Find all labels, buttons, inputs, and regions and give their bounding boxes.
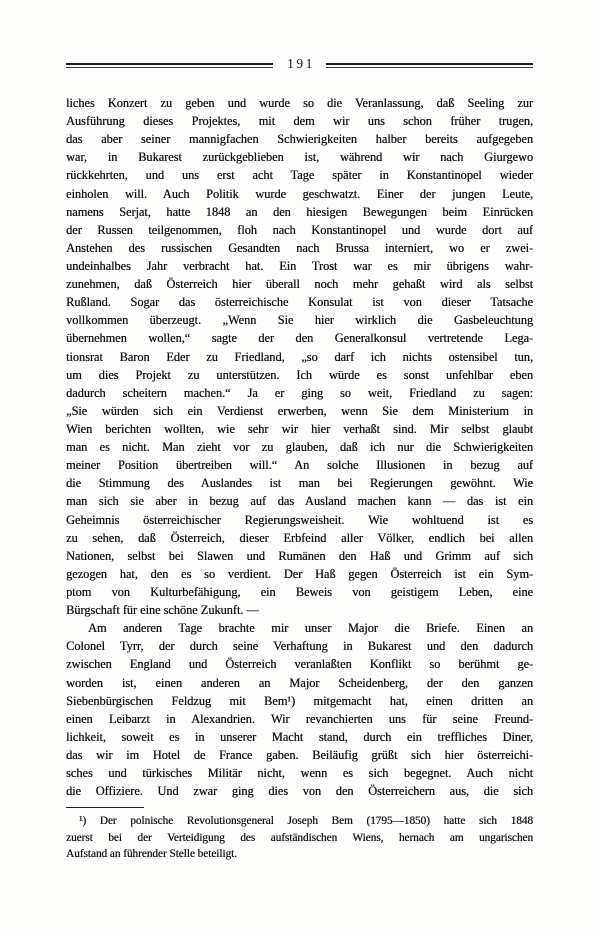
text-line: man sich sie aber in bezug auf das Ausla… [66, 492, 533, 510]
text-line: die Stimmung des Auslandes ist man bei R… [66, 474, 533, 492]
text-line: Nationen, selbst bei Slawen und Rumänen … [66, 547, 533, 565]
text-line: Geheimnis österreichischer Regierungswei… [66, 511, 533, 529]
book-page: 191 liches Konzert zu geben und wurde so… [0, 0, 600, 934]
body-text: liches Konzert zu geben und wurde so die… [66, 94, 533, 800]
text-line: um dies Projekt zu unterstützen. Ich wür… [66, 366, 533, 384]
text-line: tionsrat Baron Eder zu Friedland, „so da… [66, 348, 533, 366]
text-line: sches und türkisches Militär nicht, wenn… [66, 764, 533, 782]
text-line: Colonel Tyrr, der durch seine Verhaftung… [66, 637, 533, 655]
text-line: liches Konzert zu geben und wurde so die… [66, 94, 533, 112]
footnote-line: ¹) Der polnische Revolutionsgeneral Jose… [66, 813, 533, 829]
text-line: Anstehen des russischen Gesandten nach B… [66, 239, 533, 257]
header-rule-right [326, 63, 533, 68]
page-number: 191 [273, 59, 326, 69]
header-rule-left [66, 63, 273, 68]
footnote-line: zuerst bei der Verteidigung des aufständ… [66, 830, 533, 846]
text-line: zu sehen, daß Österreich, dieser Erbfein… [66, 529, 533, 547]
text-line: Wien berichten wollten, wie sehr wir hie… [66, 420, 533, 438]
text-line: die Offiziere. Und zwar ging dies von de… [66, 782, 533, 800]
text-line: man es nicht. Man zieht vor zu glauben, … [66, 438, 533, 456]
text-line: meiner Position übertreiben will.“ An so… [66, 456, 533, 474]
text-line: einholen will. Auch Politik wurde geschw… [66, 185, 533, 203]
text-line: ptom von Kulturbefähigung, ein Beweis vo… [66, 583, 533, 601]
text-line: zwischen England und Österreich veranlaß… [66, 655, 533, 673]
text-line: einen Leibarzt in Alexandrien. Wir revan… [66, 710, 533, 728]
text-line: Siebenbürgischen Feldzug mit Bem¹) mitge… [66, 692, 533, 710]
footnote: ¹) Der polnische Revolutionsgeneral Jose… [66, 813, 533, 862]
text-line: war, in Bukarest zurückgeblieben ist, wä… [66, 148, 533, 166]
text-line: Bürgschaft für eine schöne Zukunft. — [66, 601, 533, 619]
text-line: übernehmen wollen,“ sagte der den Genera… [66, 329, 533, 347]
text-line: das aber seiner mannigfachen Schwierigke… [66, 130, 533, 148]
footnote-separator [66, 807, 144, 808]
text-line: dadurch scheitern machen.“ Ja er ging so… [66, 384, 533, 402]
text-line: gezogen hat, den es so verdient. Der Haß… [66, 565, 533, 583]
text-line: worden ist, einen anderen an Major Schei… [66, 674, 533, 692]
text-line: vollkommen überzeugt. „Wenn Sie hier wir… [66, 311, 533, 329]
text-line: undeinhalbes Jahr verbracht hat. Ein Tro… [66, 257, 533, 275]
footnote-line: Aufstand an führender Stelle beteiligt. [66, 846, 533, 862]
text-line: der Russen teilgenommen, floh nach Konst… [66, 221, 533, 239]
text-line: Rußland. Sogar das österreichische Konsu… [66, 293, 533, 311]
text-line: lichkeit, soweit es in unserer Macht sta… [66, 728, 533, 746]
text-line: Am anderen Tage brachte mir unser Major … [66, 619, 533, 637]
text-line: rückkehrten, und uns erst acht Tage spät… [66, 166, 533, 184]
text-line: „Sie würden sich ein Verdienst erwerben,… [66, 402, 533, 420]
text-line: namens Serjat, hatte 1848 an den hiesige… [66, 203, 533, 221]
text-line: Ausführung dieses Projektes, mit dem wir… [66, 112, 533, 130]
page-header: 191 [66, 60, 533, 70]
paragraph: liches Konzert zu geben und wurde so die… [66, 94, 533, 619]
text-line: zunehmen, daß Österreich hier überall no… [66, 275, 533, 293]
paragraph: Am anderen Tage brachte mir unser Major … [66, 619, 533, 800]
text-line: das wir im Hotel de France gaben. Beiläu… [66, 746, 533, 764]
